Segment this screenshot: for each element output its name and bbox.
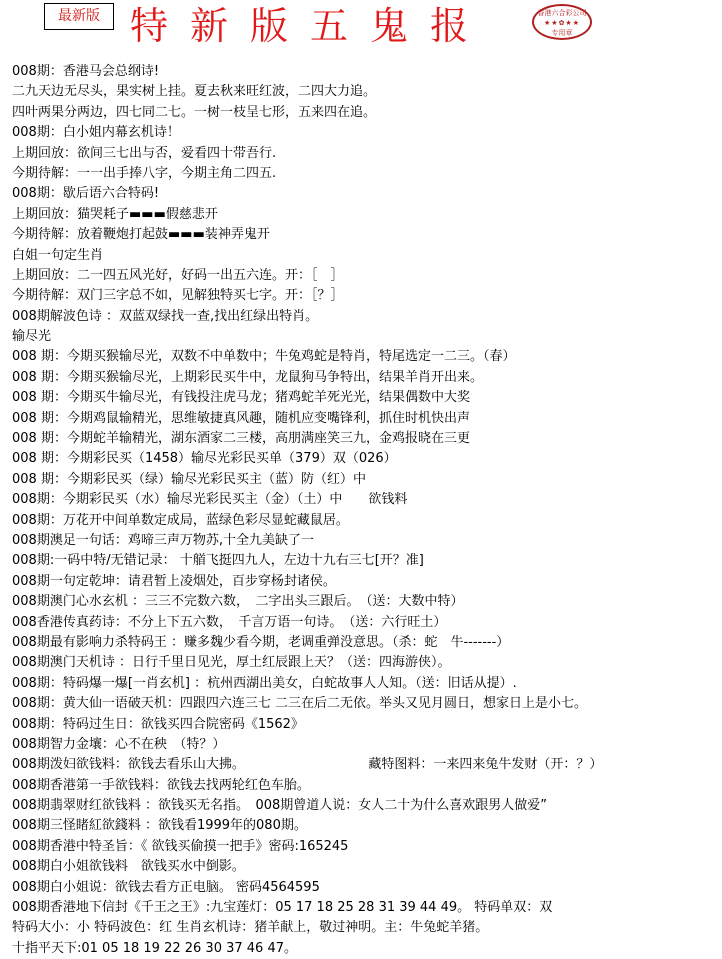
text-line: 008期解波色诗 ：双蓝双绿找一查,找出红绿出特肖。 <box>12 307 717 327</box>
text-line: 008 期：今期买猴输尽光，双数不中单数中；牛兔鸡蛇是特肖，特尾选定一二三。（春… <box>12 347 717 367</box>
text-line: 008期澳足一句话：鸡啼三声万物苏,十全九美缺了一 <box>12 531 717 551</box>
text-line: 008期泼妇欲钱料：欲钱去看乐山大拂。 藏特图料：一来四来兔牛发财（开：？） <box>12 755 717 775</box>
text-line: 008期澳门心水玄机 ：三三不完数六数， 二字出头三跟后。 （送：大数中特） <box>12 592 717 612</box>
page-header: 最新版 特新版五鬼报 香港六合彩公司 ★★✿★★ 专用章 <box>0 0 722 58</box>
text-line: 008期香港地下信封《千王之王》:九宝莲灯：05 17 18 25 28 31 … <box>12 898 717 918</box>
text-line: 008期白小姐说：欲钱去看方正电脑。 密码4564595 <box>12 878 717 898</box>
text-line: 008期最有影响力杀特码王 ：赚多魏少看今期，老调重弹没意思。（杀：蛇 牛---… <box>12 633 717 653</box>
text-line: 008期香港中特圣旨：《 欲钱买偷摸一把手》密码:165245 <box>12 837 717 857</box>
text-line: 008 期：今期买猴输尽光，上期彩民买牛中，龙鼠狗马争特出，结果羊肖开出来。 <box>12 368 717 388</box>
text-line: 008期香港第一手欲钱料：欲钱去找两轮红色车胎。 <box>12 776 717 796</box>
text-line: 今期待解：一一出手捧八字，今期主角二四五. <box>12 164 717 184</box>
text-line: 008 期：今期彩民买（绿）输尽光彩民买主（蓝）防（红）中 <box>12 470 717 490</box>
text-line: 008期：歇后语六合特码! <box>12 184 717 204</box>
text-line: 008期：今期彩民买（水）输尽光彩民买主（金）（土）中 欲钱料 <box>12 490 717 510</box>
text-line: 白姐一句定生肖 <box>12 246 717 266</box>
text-line: 今期待解：双门三字总不如，见解独特买七字。开：［？］ <box>12 286 717 306</box>
text-line: 008香港传真药诗：不分上下五六数， 千言万语一句诗。 （送：六行旺土） <box>12 613 717 633</box>
stamp-stars: ★★✿★★ <box>534 18 590 28</box>
text-line: 008期：万花开中间单数定成局，蓝绿色彩尽显蛇藏鼠居。 <box>12 511 717 531</box>
text-line: 008期三怪睹紅欲錢料 ：欲钱看1999年的080期。 <box>12 816 717 836</box>
text-line: 008期：特码过生日：欲钱买四合院密码《1562》 <box>12 715 717 735</box>
text-line: 008 期：今期买牛输尽光，有钱投注虎马龙；猪鸡蛇羊死光光，结果偶数中大奖 <box>12 388 717 408</box>
text-line: 今期待解：放着鞭炮打起鼓▬▬▬装神弄鬼开 <box>12 225 717 245</box>
text-line: 输尽光 <box>12 327 717 347</box>
text-line: 上期回放：二一四五风光好，好码一出五六连。开：［ ］ <box>12 266 717 286</box>
text-line: 十指平天下:01 05 18 19 22 26 30 37 46 47。 <box>12 939 717 959</box>
text-line: 008 期：今期鸡鼠输精光，思维敏捷真风趣，随机应变嘴锋利，抓住时机快出声 <box>12 409 717 429</box>
text-line: 008期：特码爆一爆[一肖玄机] ：杭州西湖出美女，白蛇故事人人知。（送：旧话从… <box>12 674 717 694</box>
page-title: 特新版五鬼报 <box>130 2 490 52</box>
text-line: 008期翡翠财红欲钱料 ：欲钱买无名指。 008期曾道人说：女人二十为什么喜欢跟… <box>12 796 717 816</box>
text-line: 008 期：今期蛇羊输精光，湖东酒家二三楼，高朋满座笑三九，金鸡报晓在三更 <box>12 429 717 449</box>
text-line: 008期澳门天机诗 ：日行千里日见光，厚土红辰跟上天？（送：四海游侠）。 <box>12 653 717 673</box>
text-line: 008期白小姐欲钱料 欲钱买水中倒影。 <box>12 857 717 877</box>
text-line: 008 期：今期彩民买（1458）输尽光彩民买单（379）双（026） <box>12 449 717 469</box>
stamp-top-text: 香港六合彩公司 <box>534 8 590 18</box>
stamp-bottom-text: 专用章 <box>534 28 590 38</box>
text-line: 008期：白小姐内幕玄机诗！ <box>12 123 717 143</box>
text-line: 上期回放：猫哭耗子▬▬▬假慈悲开 <box>12 205 717 225</box>
content-body: 008期：香港马会总纲诗!二九天边无尽头，果实树上挂。夏去秋来旺红波，二四大力追… <box>12 62 717 959</box>
text-line: 008期:一码中特/无错记录： 十艏飞挺四九人，左边十九右三七[开？准] <box>12 551 717 571</box>
latest-version-badge: 最新版 <box>44 3 114 30</box>
text-line: 二九天边无尽头，果实树上挂。夏去秋来旺红波，二四大力追。 <box>12 82 717 102</box>
text-line: 008期一句定乾坤：请君暂上凌烟处，百步穿杨封诸侯。 <box>12 572 717 592</box>
text-line: 008期：黄大仙一语破天机：四跟四六连三七 二三在后二无依。举头又见月圆日，想家… <box>12 694 717 714</box>
text-line: 008期智力金壤：心不在秧 （特？） <box>12 735 717 755</box>
seal-stamp-icon: 香港六合彩公司 ★★✿★★ 专用章 <box>532 4 592 40</box>
text-line: 四叶两果分两边，四七同二七。一树一枝呈七形，五来四在追。 <box>12 103 717 123</box>
text-line: 008期：香港马会总纲诗! <box>12 62 717 82</box>
text-line: 特码大小：小 特码波色：红 生肖玄机诗：猪羊献上，敬过神明。主：牛兔蛇羊猪。 <box>12 918 717 938</box>
text-line: 上期回放：欲间三七出与否，爱看四十带吾行. <box>12 144 717 164</box>
